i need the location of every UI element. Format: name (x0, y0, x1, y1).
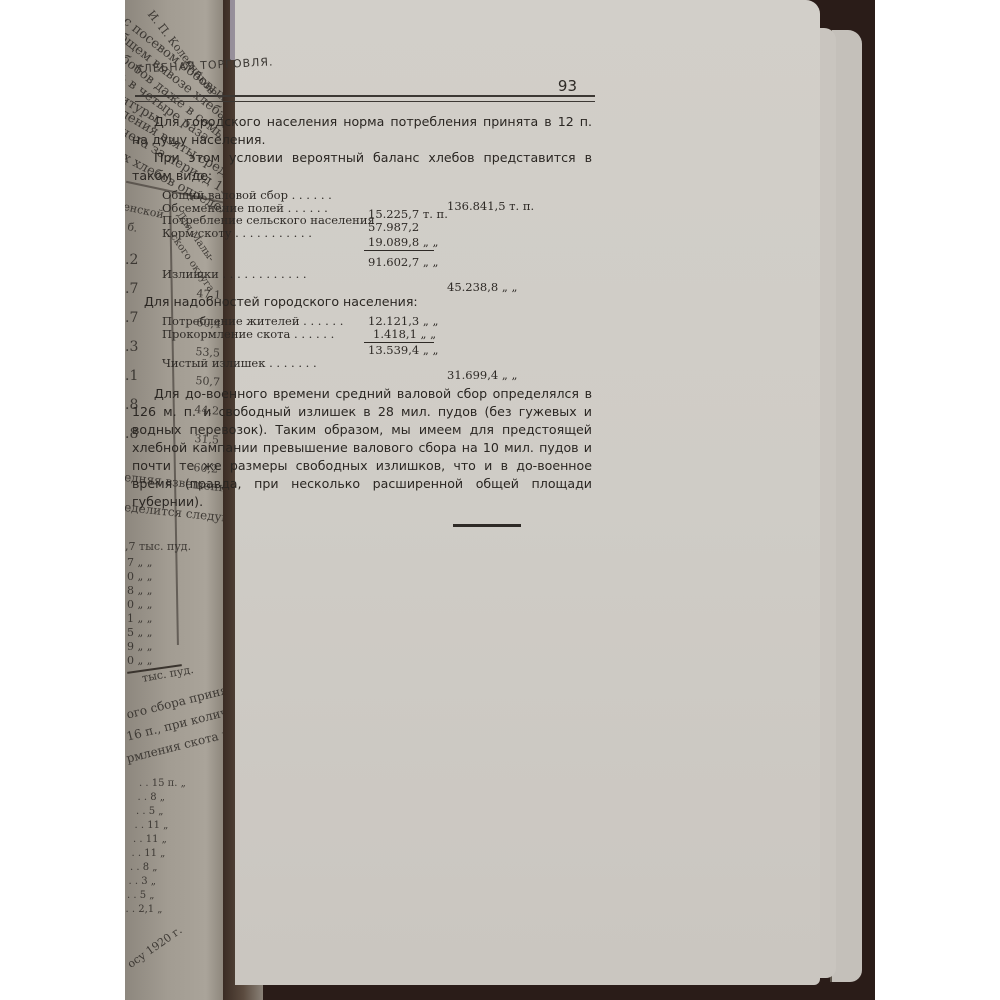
paragraph: Для до-военного времени средний валовой … (132, 385, 592, 511)
page-header: ХЛЕБНАЯ ТОРГОВЛЯ. 93 (135, 55, 595, 95)
left-list-item: 0 „ „ (127, 570, 152, 583)
sum-rule (364, 250, 434, 251)
table-row: Корм скоту . . . . . . . . . . . 57.987,… (132, 227, 592, 240)
paragraph: Для городского населения норма потреблен… (132, 113, 592, 149)
left-list-item: 7 „ „ (127, 556, 152, 569)
table-row: Потребление жителей . . . . . . 12.121,3… (132, 315, 592, 328)
subtotal-value: 91.602,7 „ „ (368, 256, 438, 269)
row-label: Общий валовой сбор . . . . . . (162, 189, 332, 202)
left-list-item: 5 „ „ (127, 626, 152, 639)
left-list-item: 1 „ „ (127, 612, 152, 625)
row-value: 15.225,7 т. п. (368, 208, 448, 221)
gross-value: 136.841,5 т. п. (447, 200, 534, 213)
subtotal-value: 13.539,4 „ „ (368, 344, 438, 357)
table-row: 19.089,8 „ „ (132, 239, 592, 252)
left-norm-item: . . 15 п. „ (139, 778, 186, 789)
left-norm-item: . . 8 „ (130, 862, 157, 873)
left-norm-item: . . 2,1 „ (126, 904, 163, 915)
section-heading: Для надобностей городского населения: (144, 293, 592, 311)
left-norm-item: . . 11 „ (133, 834, 167, 845)
table-row: Прокормление скота . . . . . . 1.418,1 „… (132, 328, 592, 341)
left-norm-item: . . 5 „ (136, 806, 163, 817)
left-list-item: 0 „ „ (127, 598, 152, 611)
row-value: 19.089,8 „ „ (368, 236, 438, 249)
left-norm-item: . . 11 „ (132, 848, 166, 859)
left-norm-item: . . 5 „ (127, 890, 154, 901)
row-label: Потребление жителей . . . . . . (162, 315, 343, 328)
left-list-item: 8 „ „ (127, 584, 152, 597)
header-rule (135, 95, 595, 102)
row-value: 12.121,3 „ „ (368, 315, 438, 328)
left-footer-fragment: осу 1920 г. (125, 924, 184, 971)
surplus-value: 45.238,8 „ „ (447, 281, 517, 294)
balance-table: Общий валовой сбор . . . . . . Обсеменен… (132, 189, 592, 289)
table-row: 31.699,4 „ „ (132, 369, 592, 382)
row-label: Чистый излишек . . . . . . . (162, 357, 317, 370)
row-label: Потребление сельского населения (162, 214, 375, 227)
left-norm-item: . . 3 „ (129, 876, 156, 887)
table-row: 13.539,4 „ „ (132, 344, 592, 357)
running-title: ХЛЕБНАЯ ТОРГОВЛЯ. (135, 55, 274, 75)
table-row: 45.238,8 „ „ (132, 281, 592, 294)
section-end-rule (453, 524, 521, 527)
row-label: Прокормление скота . . . . . . (162, 328, 334, 341)
left-list-item: 9 „ „ (127, 640, 152, 653)
table-row: Излишки . . . . . . . . . . . . (132, 268, 592, 281)
table-row: Чистый излишек . . . . . . . (132, 357, 592, 370)
net-surplus-value: 31.699,4 „ „ (447, 369, 517, 382)
row-label: Корм скоту . . . . . . . . . . . (162, 227, 312, 240)
row-value: 57.987,2 (368, 221, 419, 234)
left-norm-item: . . 11 „ (135, 820, 169, 831)
row-value: 1.418,1 „ „ (373, 328, 436, 341)
paragraph: При этом условии вероятный баланс хлебов… (132, 149, 592, 185)
page-number: 93 (558, 77, 577, 95)
row-label: Излишки . . . . . . . . . . . . (162, 268, 307, 281)
table-row: Потребление сельского населения 15.225,7… (132, 214, 592, 227)
left-norm-item: . . 8 „ (138, 792, 165, 803)
urban-table: Потребление жителей . . . . . . 12.121,3… (132, 315, 592, 381)
page-body: Для городского населения норма потреблен… (132, 113, 592, 511)
left-list-item: 0 „ „ (127, 654, 152, 667)
left-list-first: ,7 тыс. пуд. (125, 540, 191, 553)
